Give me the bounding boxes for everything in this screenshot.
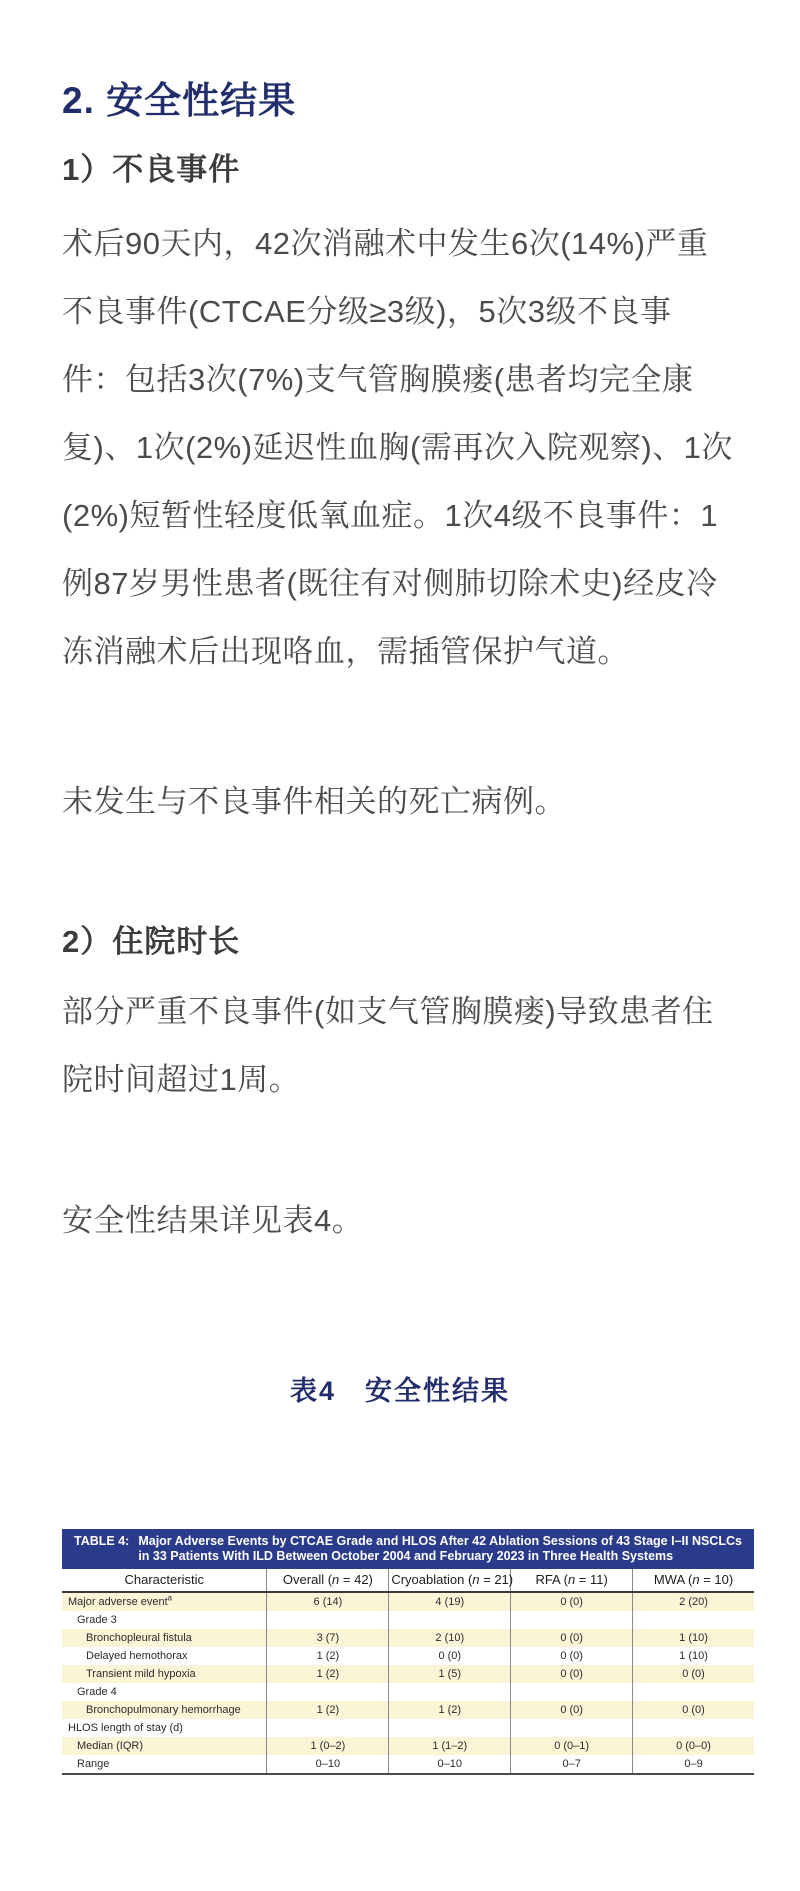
paragraph-hospital-stay: 部分严重不良事件(如支气管胸膜瘘)导致患者住 院时间超过1周。 [62,978,738,1114]
cell-value: 0 (0) [633,1701,754,1719]
table4-header-row: CharacteristicOverall (n = 42)Cryoablati… [62,1569,754,1592]
subsection-title-hospital-stay: 2）住院时长 [62,922,738,962]
cell-value: 0–9 [633,1755,754,1774]
cell-value: 1 (10) [633,1647,754,1665]
cell-value: 1 (5) [389,1665,511,1683]
cell-value [511,1611,633,1629]
cell-value: 1 (10) [633,1629,754,1647]
table4-title-text: Major Adverse Events by CTCAE Grade and … [138,1534,744,1564]
row-label: Median (IQR) [62,1737,267,1755]
paragraph-adverse-events: 术后90天内，42次消融术中发生6次(14%)严重 不良事件(CTCAE分级≥3… [62,210,738,686]
cell-value: 0 (0–0) [633,1737,754,1755]
cell-value [389,1683,511,1701]
table-row: Major adverse eventa6 (14)4 (19)0 (0)2 (… [62,1592,754,1611]
table-row: Transient mild hypoxia1 (2)1 (5)0 (0)0 (… [62,1665,754,1683]
table-caption: 表4 安全性结果 [62,1374,738,1408]
column-header: Cryoablation (n = 21) [389,1569,511,1592]
cell-value [633,1683,754,1701]
cell-value [511,1683,633,1701]
cell-value: 1 (0–2) [267,1737,389,1755]
cell-value: 0 (0) [511,1701,633,1719]
paragraph-see-table: 安全性结果详见表4。 [62,1187,738,1255]
row-label: HLOS length of stay (d) [62,1719,267,1737]
table4-header: CharacteristicOverall (n = 42)Cryoablati… [62,1569,754,1592]
column-header: Characteristic [62,1569,267,1592]
table-row: Bronchopulmonary hemorrhage1 (2)1 (2)0 (… [62,1701,754,1719]
row-label: Major adverse eventa [62,1592,267,1611]
cell-value [633,1719,754,1737]
cell-value: 4 (19) [389,1592,511,1611]
table-row: Grade 3 [62,1611,754,1629]
cell-value [633,1611,754,1629]
cell-value [389,1611,511,1629]
row-label: Range [62,1755,267,1774]
cell-value: 0 (0) [511,1629,633,1647]
cell-value: 0–10 [389,1755,511,1774]
column-header: MWA (n = 10) [633,1569,754,1592]
table-row: Delayed hemothorax1 (2)0 (0)0 (0)1 (10) [62,1647,754,1665]
cell-value: 0 (0–1) [511,1737,633,1755]
cell-value: 6 (14) [267,1592,389,1611]
cell-value: 1 (1–2) [389,1737,511,1755]
cell-value [267,1611,389,1629]
cell-value: 1 (2) [267,1665,389,1683]
row-label: Grade 3 [62,1611,267,1629]
cell-value: 0 (0) [389,1647,511,1665]
table4-title-band: TABLE 4: Major Adverse Events by CTCAE G… [62,1529,754,1569]
row-label: Bronchopulmonary hemorrhage [62,1701,267,1719]
column-header: RFA (n = 11) [511,1569,633,1592]
table-row: Bronchopleural fistula3 (7)2 (10)0 (0)1 … [62,1629,754,1647]
cell-value: 2 (10) [389,1629,511,1647]
cell-value: 0 (0) [633,1665,754,1683]
column-header: Overall (n = 42) [267,1569,389,1592]
cell-value: 2 (20) [633,1592,754,1611]
table4-title-label: TABLE 4: [74,1534,129,1549]
table-row: Range0–100–100–70–9 [62,1755,754,1774]
cell-value: 1 (2) [267,1701,389,1719]
cell-value: 0 (0) [511,1592,633,1611]
cell-value: 1 (2) [267,1647,389,1665]
article-page: 2. 安全性结果 1）不良事件 术后90天内，42次消融术中发生6次(14%)严… [0,79,800,1775]
cell-value [389,1719,511,1737]
paragraph-no-deaths: 未发生与不良事件相关的死亡病例。 [62,768,738,836]
table-row: Grade 4 [62,1683,754,1701]
cell-value: 0–7 [511,1755,633,1774]
table4-body: Major adverse eventa6 (14)4 (19)0 (0)2 (… [62,1592,754,1774]
cell-value: 0 (0) [511,1665,633,1683]
cell-value [267,1683,389,1701]
row-label: Bronchopleural fistula [62,1629,267,1647]
row-label: Delayed hemothorax [62,1647,267,1665]
table4-figure: TABLE 4: Major Adverse Events by CTCAE G… [62,1529,754,1775]
cell-value [511,1719,633,1737]
cell-value: 3 (7) [267,1629,389,1647]
table4: CharacteristicOverall (n = 42)Cryoablati… [62,1569,754,1775]
cell-value: 0–10 [267,1755,389,1774]
section-title: 2. 安全性结果 [62,79,738,123]
subsection-title-adverse-events: 1）不良事件 [62,150,738,190]
table-row: HLOS length of stay (d) [62,1719,754,1737]
row-label: Grade 4 [62,1683,267,1701]
cell-value [267,1719,389,1737]
cell-value: 0 (0) [511,1647,633,1665]
cell-value: 1 (2) [389,1701,511,1719]
table-row: Median (IQR)1 (0–2)1 (1–2)0 (0–1)0 (0–0) [62,1737,754,1755]
row-label: Transient mild hypoxia [62,1665,267,1683]
